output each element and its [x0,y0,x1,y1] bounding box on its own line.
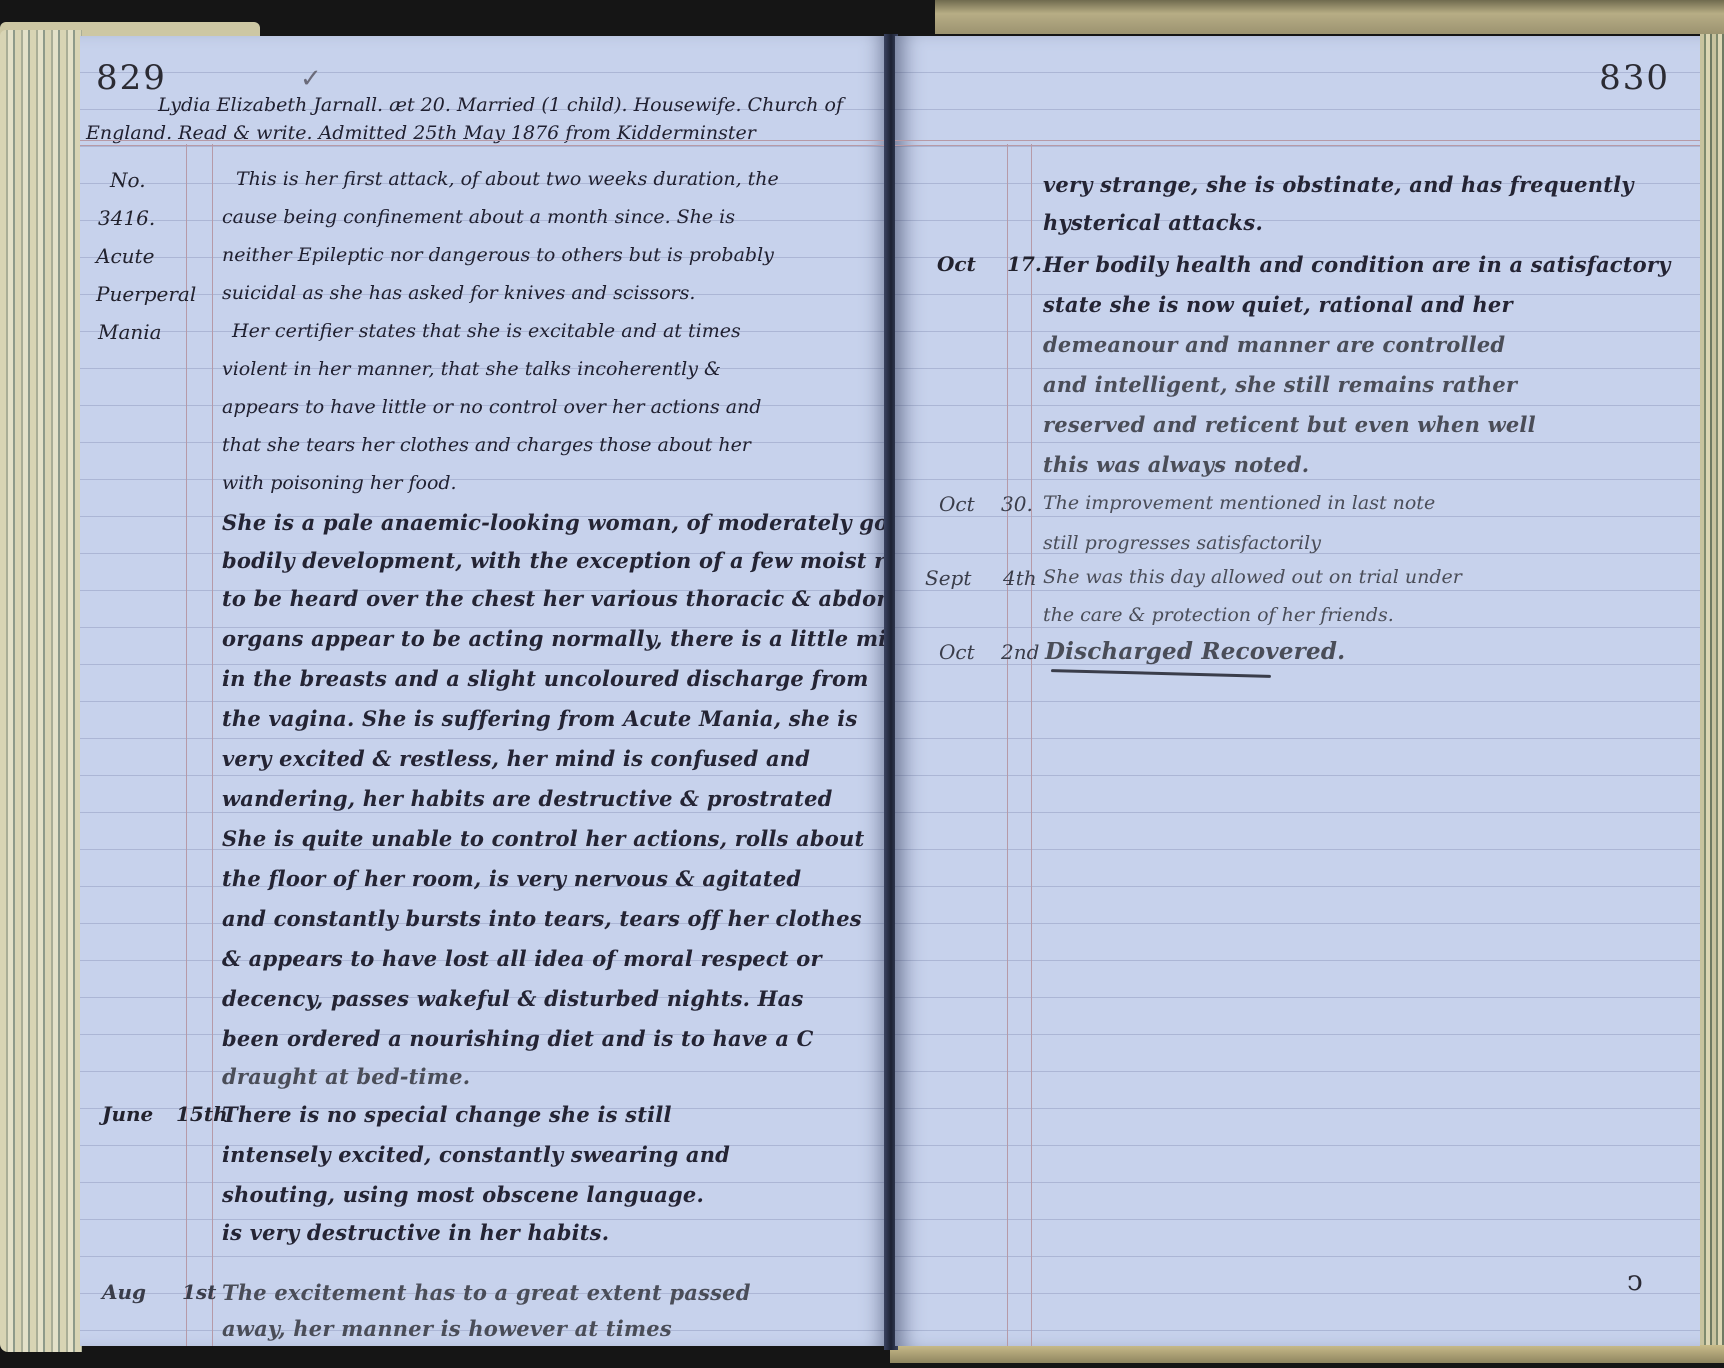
margin-note: Acute [96,244,154,268]
entry-date-day: 1st [182,1280,216,1304]
right-page: 830 very strange, she is obstinate, and … [895,36,1700,1346]
entry-date-month: Aug [102,1280,146,1304]
margin-note: Puerperal [96,282,196,306]
body-line: wandering, her habits are destructive & … [222,786,833,811]
entry-line: the care & protection of her friends. [1043,604,1394,626]
body-line: in the breasts and a slight uncoloured d… [222,666,869,691]
entry-line: She was this day allowed out on trial un… [1043,566,1462,588]
discharge-note: Discharged Recovered. [1045,638,1345,665]
checkmark-icon: ✓ [300,64,322,94]
book-scan: 829 ✓ Lydia Elizabeth Jarnall. æt 20. Ma… [0,0,1724,1368]
entry-date-month: Sept [925,566,971,590]
body-line: the floor of her room, is very nervous &… [222,866,801,891]
entry-line: state she is now quiet, rational and her [1043,292,1513,317]
body-line: the vagina. She is suffering from Acute … [222,706,858,731]
margin-note: Mania [98,320,162,344]
entry-line: is very destructive in her habits. [222,1220,609,1245]
date-column-rule [186,144,187,1346]
entry-line: The excitement has to a great extent pas… [222,1280,751,1305]
body-line: to be heard over the chest her various t… [222,586,944,611]
entry-line: and intelligent, she still remains rathe… [1043,372,1517,397]
entry-line: shouting, using most obscene language. [222,1182,704,1207]
page-block-right-edge [1700,34,1724,1352]
entry-date-day: 4th [1003,566,1037,590]
left-page: 829 ✓ Lydia Elizabeth Jarnall. æt 20. Ma… [80,36,888,1346]
body-line: very excited & restless, her mind is con… [222,746,810,771]
discharge-underline [1051,669,1271,678]
body-line: been ordered a nourishing diet and is to… [222,1026,814,1051]
day-column-rule [212,144,213,1346]
entry-date-month: Oct [939,492,975,516]
body-line: cause being confinement about a month si… [222,206,735,228]
book-cover-bottom [890,1345,1724,1363]
entry-line: demeanour and manner are controlled [1043,332,1505,357]
body-line: and constantly bursts into tears, tears … [222,906,862,931]
entry-date-month: June [102,1102,153,1126]
body-line: decency, passes wakeful & disturbed nigh… [222,986,804,1011]
patient-header-line-1: Lydia Elizabeth Jarnall. æt 20. Married … [158,94,843,116]
entry-date-day: 17. [1007,252,1042,276]
entry-date-month: Oct [939,640,975,664]
body-line: draught at bed-time. [222,1064,470,1089]
continuation-line: hysterical attacks. [1043,210,1263,235]
body-line: & appears to have lost all idea of moral… [222,946,822,971]
margin-note: 3416. [98,206,155,230]
page-number-left: 829 [96,58,167,98]
ink-mark: ↄ [1627,1264,1643,1297]
page-block-left-edge [0,30,82,1352]
entry-line: Her bodily health and condition are in a… [1043,252,1671,277]
date-column-rule [1007,144,1008,1346]
body-line: that she tears her clothes and charges t… [222,434,751,456]
header-rule [895,140,1700,146]
page-number-right: 830 [1599,58,1670,98]
entry-line: reserved and reticent but even when well [1043,412,1536,437]
body-line: suicidal as she has asked for knives and… [222,282,695,304]
body-line: with poisoning her food. [222,472,457,494]
entry-date-day: 30. [1001,492,1033,516]
continuation-line: very strange, she is obstinate, and has … [1043,172,1634,197]
margin-note: No. [110,168,146,192]
body-line: She is quite unable to control her actio… [222,826,864,851]
entry-date-month: Oct [937,252,976,276]
body-line: neither Epileptic nor dangerous to other… [222,244,774,266]
body-line: She is a pale anaemic-looking woman, of … [222,510,917,535]
body-line: organs appear to be acting normally, the… [222,626,909,651]
body-line: violent in her manner, that she talks in… [222,358,721,380]
body-line: bodily development, with the exception o… [222,548,933,573]
header-rule [80,140,888,146]
body-line: appears to have little or no control ove… [222,396,761,418]
entry-line: this was always noted. [1043,452,1309,477]
entry-date-day: 2nd [1001,640,1039,664]
entry-line: There is no special change she is still [222,1102,672,1127]
book-cover-top [935,0,1724,34]
day-column-rule [1031,144,1032,1346]
entry-line: The improvement mentioned in last note [1043,492,1435,514]
body-line: This is her first attack, of about two w… [236,168,779,190]
entry-line: intensely excited, constantly swearing a… [222,1142,730,1167]
entry-line: still progresses satisfactorily [1043,532,1321,554]
entry-line: away, her manner is however at times [222,1316,672,1341]
entry-date-day: 15th [176,1102,228,1126]
body-line: Her certifier states that she is excitab… [232,320,741,342]
